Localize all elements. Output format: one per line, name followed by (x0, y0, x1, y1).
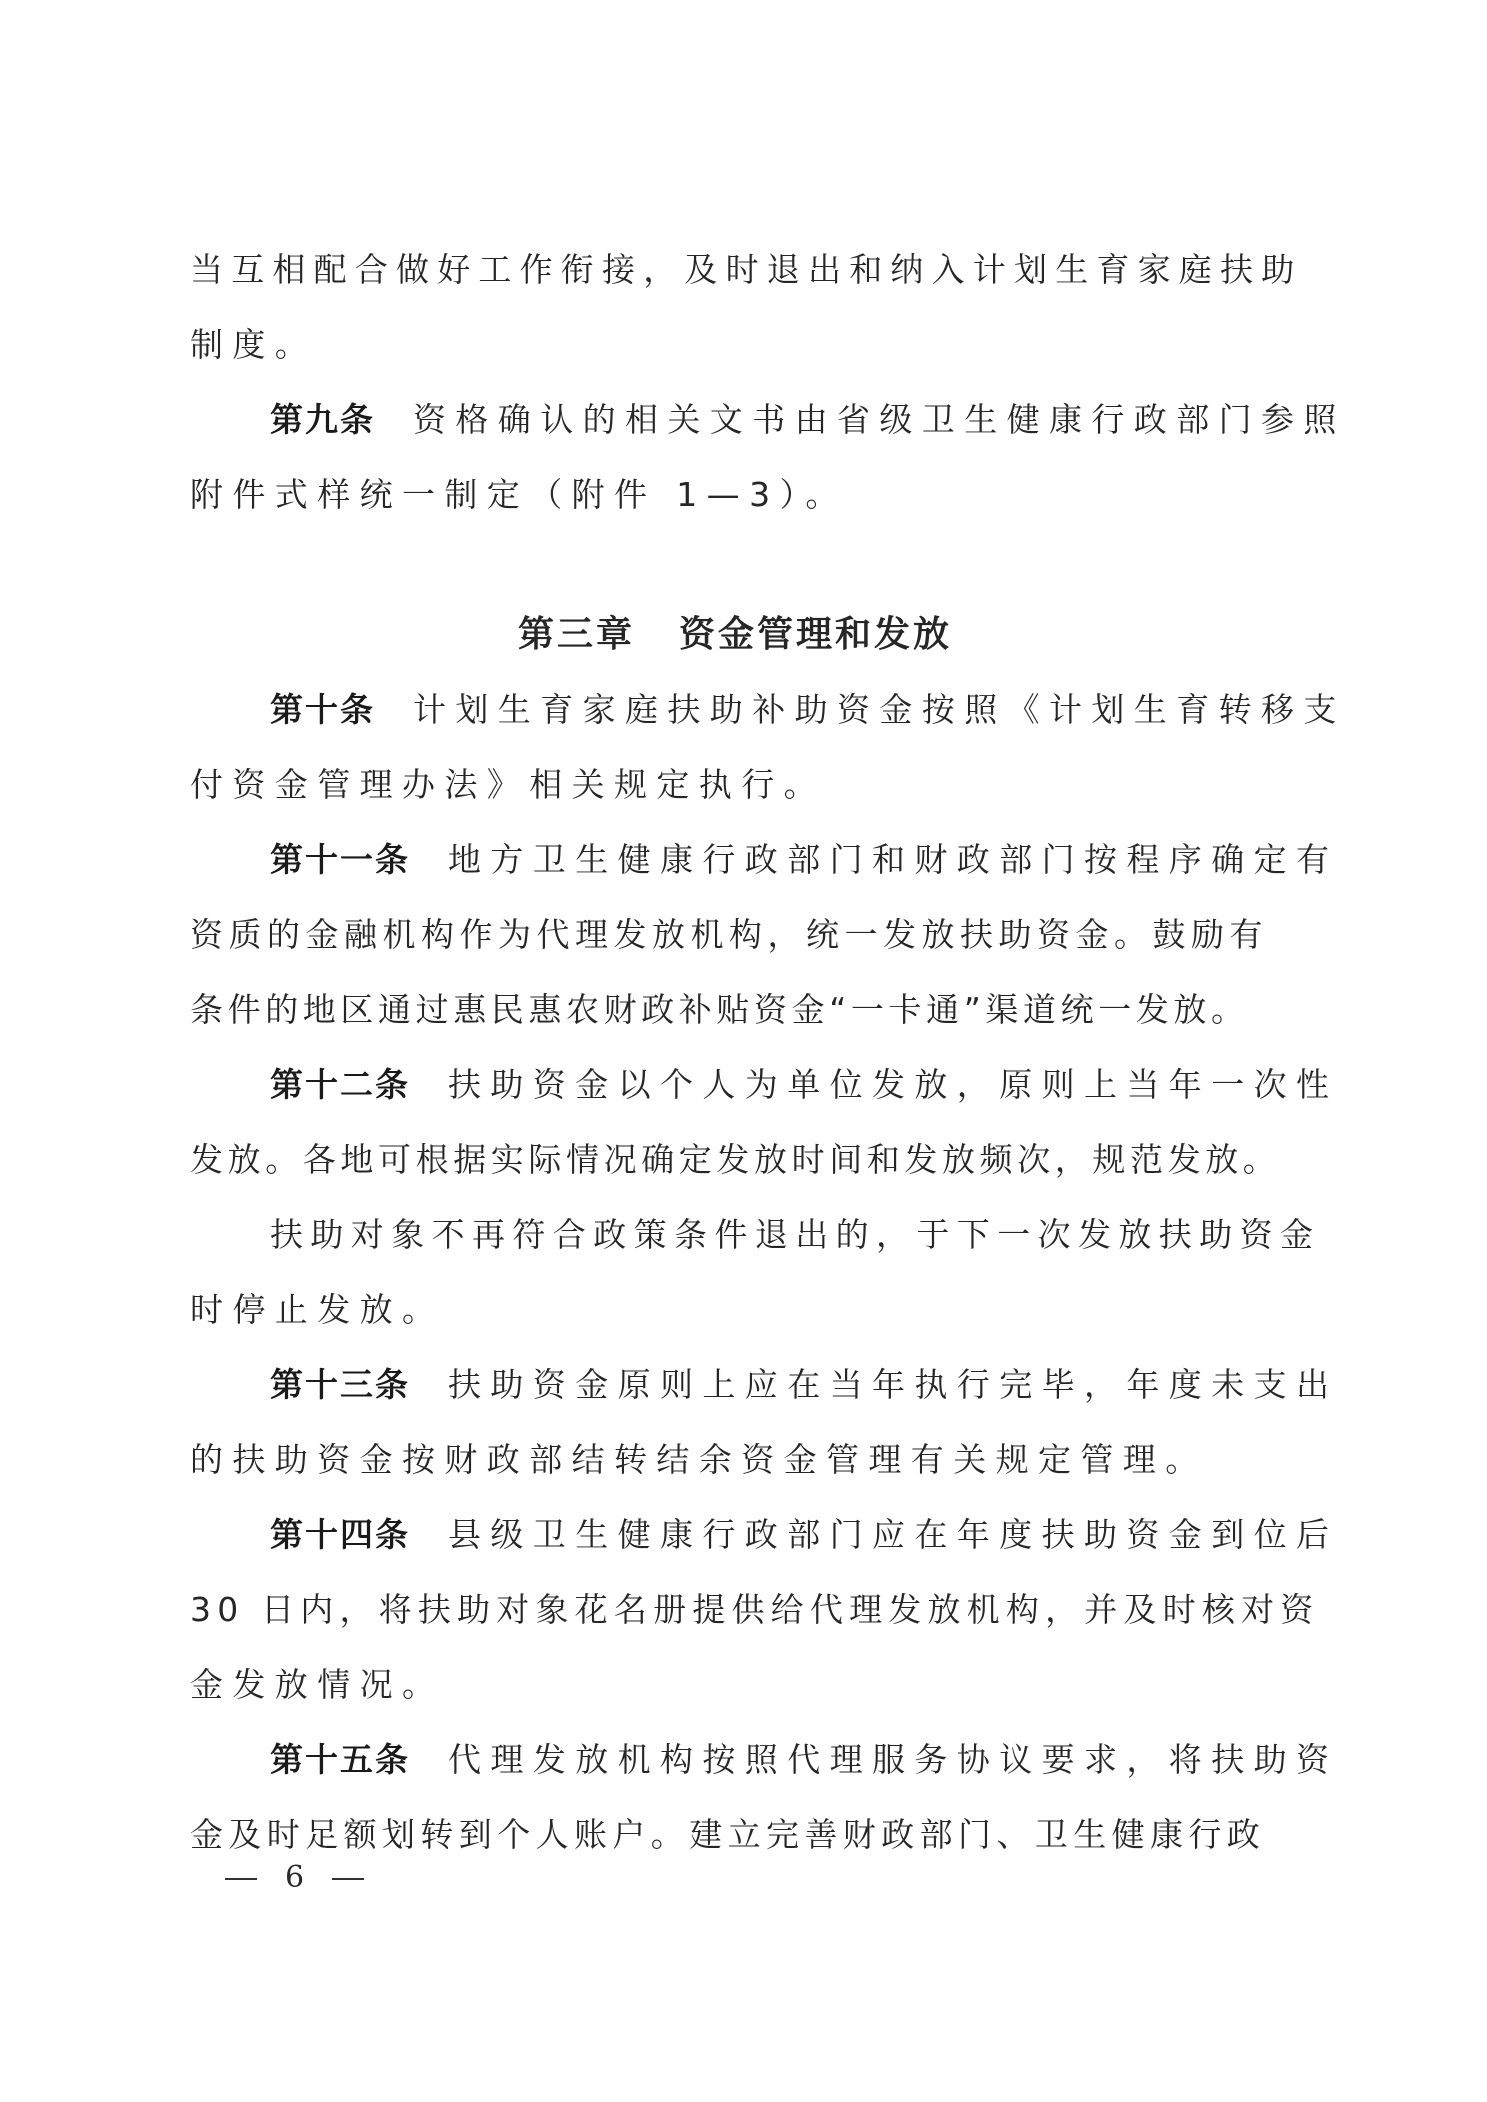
article-label: 第十四条 (270, 1515, 410, 1554)
dash-decoration (332, 1878, 364, 1880)
article-label: 第十二条 (270, 1065, 410, 1104)
article-text: 县级卫生健康行政部门应在年度扶助资金到位后 (448, 1515, 1338, 1554)
paragraph-line: 扶助对象不再符合政策条件退出的，于下一次发放扶助资金 (190, 1210, 1280, 1260)
article-12-line: 第十二条扶助资金以个人为单位发放，原则上当年一次性 (190, 1060, 1280, 1110)
paragraph-line: 资质的金融机构作为代理发放机构，统一发放扶助资金。鼓励有 (190, 910, 1280, 960)
page-number-value: 6 (285, 1856, 304, 1900)
article-text: 地方卫生健康行政部门和财政部门按程序确定有 (448, 840, 1338, 879)
paragraph-line: 付资金管理办法》相关规定执行。 (190, 760, 1280, 810)
paragraph-line: 30 日内，将扶助对象花名册提供给代理发放机构，并及时核对资 (190, 1585, 1280, 1635)
article-text: 计划生育家庭扶助补助资金按照《计划生育转移支 (413, 690, 1346, 729)
article-9-line: 第九条资格确认的相关文书由省级卫生健康行政部门参照 (190, 395, 1280, 445)
article-11-line: 第十一条地方卫生健康行政部门和财政部门按程序确定有 (190, 835, 1280, 885)
article-label: 第十五条 (270, 1740, 410, 1779)
dash-decoration (225, 1878, 257, 1880)
article-14-line: 第十四条县级卫生健康行政部门应在年度扶助资金到位后 (190, 1510, 1280, 1560)
chapter-heading: 第三章资金管理和发放 (190, 610, 1280, 660)
paragraph-line: 条件的地区通过惠民惠农财政补贴资金“一卡通”渠道统一发放。 (190, 985, 1280, 1035)
chapter-title: 资金管理和发放 (679, 614, 952, 655)
article-label: 第十条 (270, 690, 375, 729)
article-text: 扶助资金原则上应在当年执行完毕，年度未支出 (448, 1365, 1338, 1404)
paragraph-line: 的扶助资金按财政部结转结余资金管理有关规定管理。 (190, 1435, 1280, 1485)
paragraph-line: 金及时足额划转到个人账户。建立完善财政部门、卫生健康行政 (190, 1810, 1280, 1860)
chapter-number: 第三章 (518, 614, 635, 655)
article-label: 第十一条 (270, 840, 410, 879)
paragraph-line: 发放。各地可根据实际情况确定发放时间和发放频次，规范发放。 (190, 1135, 1280, 1185)
article-15-line: 第十五条代理发放机构按照代理服务协议要求，将扶助资 (190, 1735, 1280, 1785)
page-number: 6 (225, 1856, 364, 1900)
paragraph-line: 时停止发放。 (190, 1285, 1280, 1335)
paragraph-line: 金发放情况。 (190, 1660, 1280, 1710)
article-label: 第九条 (270, 400, 375, 439)
paragraph-line: 当互相配合做好工作衔接，及时退出和纳入计划生育家庭扶助 (190, 245, 1280, 295)
article-text: 资格确认的相关文书由省级卫生健康行政部门参照 (413, 400, 1346, 439)
article-10-line: 第十条计划生育家庭扶助补助资金按照《计划生育转移支 (190, 685, 1280, 735)
article-text: 代理发放机构按照代理服务协议要求，将扶助资 (448, 1740, 1338, 1779)
paragraph-line: 制度。 (190, 320, 1280, 370)
article-13-line: 第十三条扶助资金原则上应在当年执行完毕，年度未支出 (190, 1360, 1280, 1410)
article-text: 扶助资金以个人为单位发放，原则上当年一次性 (448, 1065, 1338, 1104)
paragraph-line: 附件式样统一制定（附件 1—3）。 (190, 470, 1280, 520)
article-label: 第十三条 (270, 1365, 410, 1404)
